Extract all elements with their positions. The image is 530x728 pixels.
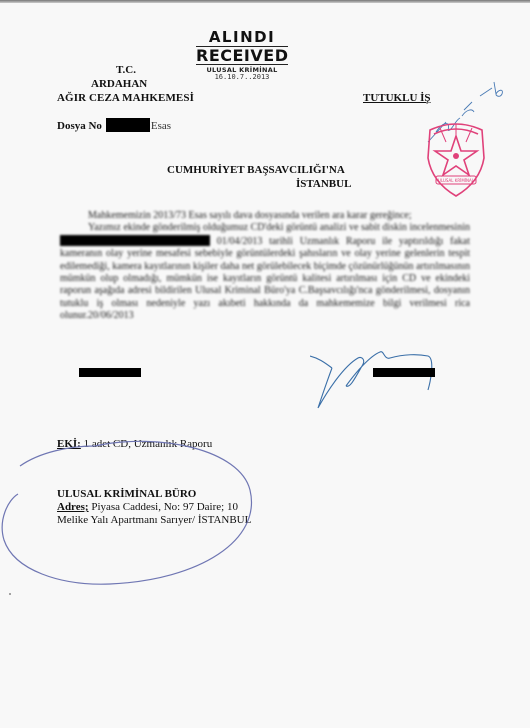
header-court: AĞIR CEZA MAHKEMESİ [57, 92, 194, 104]
document-page: ALINDI RECEIVED ULUSAL KRİMİNAL 16.10.7.… [0, 0, 530, 728]
signature [310, 350, 510, 425]
body-paragraph: Mahkememizin 2013/73 Esas sayılı dava do… [60, 210, 470, 323]
header-city: ARDAHAN [91, 78, 147, 90]
received-stamp: ALINDI RECEIVED ULUSAL KRİMİNAL 16.10.7.… [196, 30, 288, 81]
recipient-office: CUMHURİYET BAŞSAVCILIĞI'NA [167, 164, 345, 176]
body-line-1: Mahkememizin 2013/73 Esas sayılı dava do… [60, 210, 470, 222]
svg-text:ULUSAL KRİMİNAL: ULUSAL KRİMİNAL [438, 178, 475, 183]
emblem-icon: ULUSAL KRİMİNAL [420, 118, 492, 198]
file-number-label: Dosya No [57, 120, 102, 132]
handdrawn-circle [0, 430, 300, 590]
header-country: T.C. [116, 64, 136, 76]
scan-edge [0, 0, 530, 3]
recipient-city: İSTANBUL [296, 178, 351, 190]
file-number-suffix: Esas [151, 120, 171, 132]
body-paragraph-2: Yazımız ekinde gönderilmiş olduğumuz CD'… [60, 222, 470, 322]
redaction-bar-right-signatory [373, 368, 435, 377]
file-number: Dosya NoEsas [57, 118, 171, 132]
stamp-alindi: ALINDI [196, 30, 288, 47]
redaction-bar [106, 118, 150, 132]
scan-speck [9, 593, 11, 595]
redaction-bar [60, 235, 210, 246]
stamp-received: RECEIVED [196, 47, 288, 65]
body-text-after: 01/04/2013 tarihli Uzmanlık Raporu ile y… [60, 236, 470, 321]
redaction-bar-left-signatory [79, 368, 141, 377]
stamp-date: 16.10.7..2013 [196, 73, 288, 81]
body-text-before: Yazımız ekinde gönderilmiş olduğumuz CD'… [88, 222, 470, 233]
